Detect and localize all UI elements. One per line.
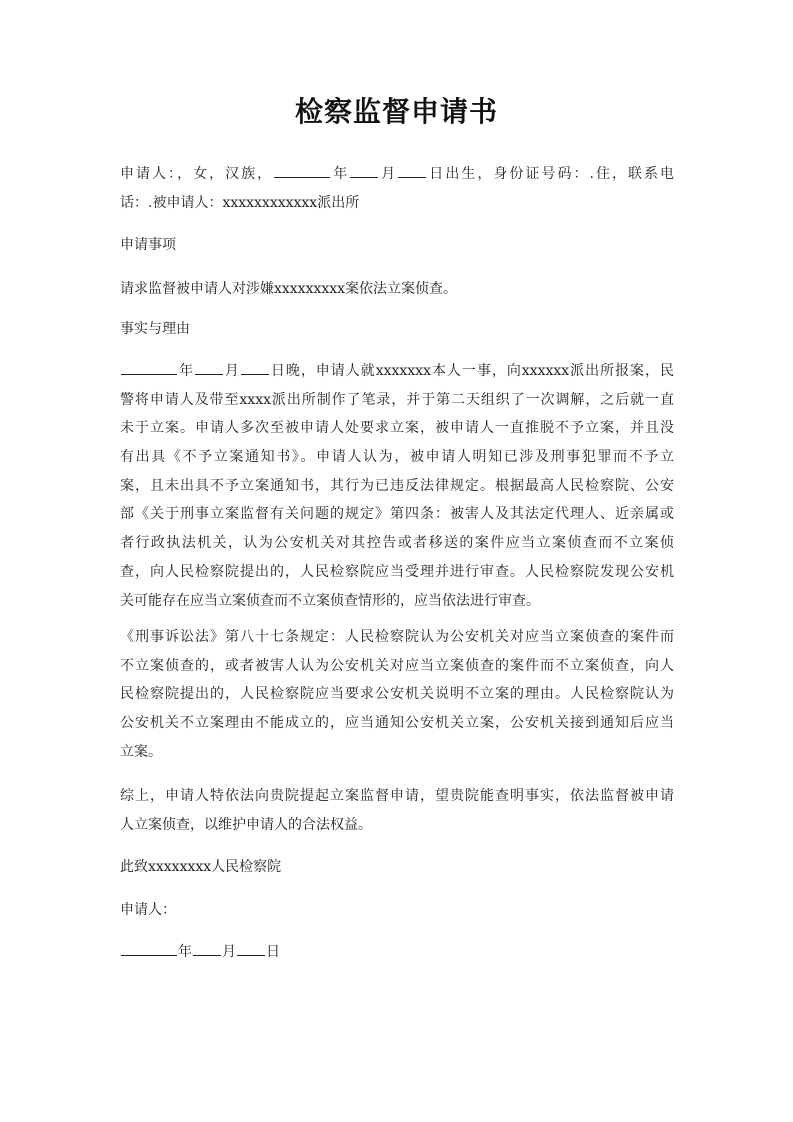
facts-line: 警将申请人及带至xxxx派出所制作了笔录，并于第二天组织了一次调解，之后就一直 bbox=[120, 386, 674, 415]
applicant-text-2: 日出生，身份证号码：.住，联系电 bbox=[427, 166, 674, 182]
heading-text: 申请事项 bbox=[120, 231, 674, 260]
signature-label: 申请人： bbox=[120, 896, 674, 925]
date-fields: 年月日 bbox=[120, 938, 674, 967]
year-label: 年 bbox=[178, 363, 194, 379]
applicant-line-2: 话：.被申请人：xxxxxxxxxxxx派出所 bbox=[120, 189, 674, 218]
section-heading-facts: 事实与理由 bbox=[120, 315, 674, 344]
facts-text: 日晚，申请人就xxxxxxx本人一事，向xxxxxx派出所报案，民 bbox=[270, 363, 674, 379]
facts-line: 关可能存在应当立案侦查而不立案侦查情形的，应当依法进行审查。 bbox=[120, 587, 674, 616]
facts-line: 案，且未出具不予立案通知书，其行为已违反法律规定。根据最高人民检察院、公安 bbox=[120, 472, 674, 501]
section-heading-request: 申请事项 bbox=[120, 231, 674, 260]
conclusion-line: 综上，申请人特依法向贵院提起立案监督申请，望贵院能查明事实，依法监督被申请 bbox=[120, 782, 674, 811]
month-blank bbox=[350, 163, 378, 178]
signature-line: 申请人： bbox=[120, 896, 674, 925]
facts-line: 有出具《不予立案通知书》。申请人认为，被申请人明知已涉及刑事犯罪而不予立 bbox=[120, 443, 674, 472]
law-line: 不立案侦查的，或者被害人认为公安机关对应当立案侦查的案件而不立案侦查，向人 bbox=[120, 652, 674, 681]
year-blank bbox=[121, 941, 177, 956]
heading-text: 事实与理由 bbox=[120, 315, 674, 344]
document-page: 检察监督申请书 申请人：，女，汉族，年月日出生，身份证号码：.住，联系电 话：.… bbox=[0, 0, 793, 1122]
facts-paragraph-2: 《刑事诉讼法》第八十七条规定：人民检察院认为公安机关对应当立案侦查的案件而 不立… bbox=[120, 623, 674, 766]
facts-line: 部《关于刑事立案监督有关问题的规定》第四条：被害人及其法定代理人、近亲属或 bbox=[120, 500, 674, 529]
year-label: 年 bbox=[331, 166, 349, 182]
facts-line-1: 年月日晚，申请人就xxxxxxx本人一事，向xxxxxx派出所报案，民 bbox=[120, 357, 674, 386]
month-label: 月 bbox=[224, 363, 240, 379]
applicant-info: 申请人：，女，汉族，年月日出生，身份证号码：.住，联系电 话：.被申请人：xxx… bbox=[120, 160, 674, 217]
facts-paragraph-1: 年月日晚，申请人就xxxxxxx本人一事，向xxxxxx派出所报案，民 警将申请… bbox=[120, 357, 674, 615]
month-blank bbox=[193, 941, 221, 956]
document-title: 检察监督申请书 bbox=[0, 94, 793, 130]
month-blank bbox=[195, 360, 223, 375]
facts-line: 者行政执法机关，认为公安机关对其控告或者移送的案件应当立案侦查而不立案侦 bbox=[120, 529, 674, 558]
date-line: 年月日 bbox=[120, 938, 674, 967]
applicant-line-1: 申请人：，女，汉族，年月日出生，身份证号码：.住，联系电 bbox=[120, 160, 674, 189]
law-line: 立案。 bbox=[120, 738, 674, 767]
day-blank bbox=[237, 941, 265, 956]
closing-line: 此致xxxxxxxx人民检察院 bbox=[120, 853, 674, 882]
law-line: 民检察院提出的，人民检察院应当要求公安机关说明不立案的理由。人民检察院认为 bbox=[120, 680, 674, 709]
conclusion-paragraph: 综上，申请人特依法向贵院提起立案监督申请，望贵院能查明事实，依法监督被申请 人立… bbox=[120, 782, 674, 839]
law-line: 公安机关不立案理由不能成立的，应当通知公安机关立案，公安机关接到通知后应当 bbox=[120, 709, 674, 738]
month-label: 月 bbox=[379, 166, 397, 182]
request-line: 请求监督被申请人对涉嫌xxxxxxxxx案依法立案侦查。 bbox=[120, 275, 674, 304]
request-text: 请求监督被申请人对涉嫌xxxxxxxxx案依法立案侦查。 bbox=[120, 275, 674, 304]
facts-line: 未于立案。申请人多次至被申请人处要求立案，被申请人一直推脱不予立案，并且没 bbox=[120, 414, 674, 443]
day-label: 日 bbox=[266, 944, 280, 960]
law-line: 《刑事诉讼法》第八十七条规定：人民检察院认为公安机关对应当立案侦查的案件而 bbox=[120, 623, 674, 652]
year-label: 年 bbox=[178, 944, 192, 960]
applicant-text: 申请人：，女，汉族， bbox=[120, 166, 273, 182]
facts-line: 查，向人民检察院提出的，人民检察院应当受理并进行审查。人民检察院发现公安机 bbox=[120, 558, 674, 587]
conclusion-line: 人立案侦查，以维护申请人的合法权益。 bbox=[120, 811, 674, 840]
day-blank bbox=[398, 163, 426, 178]
year-blank bbox=[121, 360, 177, 375]
year-blank bbox=[274, 163, 330, 178]
day-blank bbox=[241, 360, 269, 375]
month-label: 月 bbox=[222, 944, 236, 960]
closing-text: 此致xxxxxxxx人民检察院 bbox=[120, 853, 674, 882]
